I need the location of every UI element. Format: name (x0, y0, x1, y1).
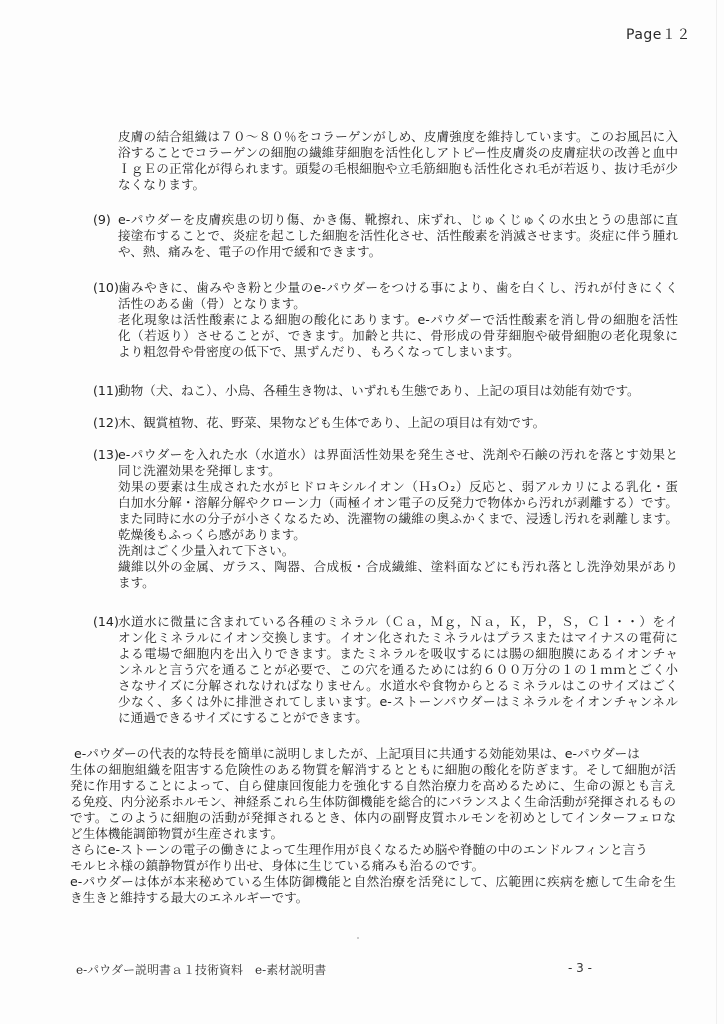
footer-page-number: - 3 - (568, 961, 592, 975)
text-line: 木、観賞植物、花、野菜、果物なども生体であり、上記の項目は有効です。 (118, 415, 678, 431)
intro-paragraph: 皮膚の結合組織は７０～８０％をコラーゲンがしめ、皮膚強度を維持しています。このお… (118, 129, 678, 193)
text-line: き生きと維持する最大のエネルギーです。 (70, 890, 676, 906)
text-line: さらにe-ストーンの電子の働きによって生理作用が良くなるため脳や脊髄の中のエンド… (70, 842, 676, 858)
item-number: (12) (93, 415, 119, 431)
text-line: オン化ミネラルにイオン交換します。イオン化されたミネラルはプラスまたはマイナスの… (118, 630, 678, 646)
text-line: e-パウダーを入れた水（水道水）は界面活性効果を発生させ、洗剤や石鹸の汚れを落と… (118, 447, 678, 463)
text-line: 活性のある歯（骨）となります。 (118, 296, 678, 312)
scan-edge-line (716, 0, 717, 1024)
text-line: モルヒネ様の鎮静物質が作り出せ、身体に生じている痛みも治るのです。 (70, 858, 676, 874)
page-label: Page１２ (626, 24, 691, 44)
text-line: や、熱、痛みを、電子の作用で緩和できます。 (118, 244, 678, 260)
document-page: Page１２ 皮膚の結合組織は７０～８０％をコラーゲンがしめ、皮膚強度を維持して… (0, 0, 724, 1024)
text-line: さなサイズに分解されなければなりません。水道水や食物からとるミネラルはこのサイズ… (118, 678, 678, 694)
item-number: (14) (93, 614, 119, 630)
summary-paragraph: e-パウダーの代表的な特長を簡単に説明しましたが、上記項目に共通する効能効果は、… (70, 746, 676, 906)
item-13-text: e-パウダーを入れた水（水道水）は界面活性効果を発生させ、洗剤や石鹸の汚れを落と… (118, 447, 678, 591)
text-line: ど生体機能調節物質が生産されます。 (70, 826, 676, 842)
text-line: ンネルと言う穴を通ることが必要で、この穴を通るためには約６００万分の１の１ｍｍと… (118, 662, 678, 678)
text-line: 洗剤はごく少量入れて下さい。 (118, 543, 678, 559)
text-line: 水道水に微量に含まれている各種のミネラル（Ｃａ，Ｍｇ，Ｎａ，Ｋ，Ｐ，Ｓ，Ｃｌ・・… (118, 614, 678, 630)
scan-speck (357, 937, 359, 939)
text-line: 白加水分解・溶解分解やクローン力（両極イオン電子の反発力で物体から汚れが剥離する… (118, 495, 678, 511)
item-11-text: 動物（犬、ねこ）、小鳥、各種生き物は、いずれも生態であり、上記の項目は効能有効で… (118, 383, 678, 399)
text-line: 同じ洗濯効果を発揮します。 (118, 463, 678, 479)
text-line: e-パウダーの代表的な特長を簡単に説明しましたが、上記項目に共通する効能効果は、… (70, 746, 676, 762)
text-line: e-パウダーは体が本来秘めている生体防御機能と自然治療を活発にして、広範囲に疾病… (70, 874, 676, 890)
text-line: 皮膚の結合組織は７０～８０％をコラーゲンがしめ、皮膚強度を維持しています。このお… (118, 129, 678, 145)
text-line: 浴することでコラーゲンの細胞の繊維芽細胞を活性化しアトピー性皮膚炎の皮膚症状の改… (118, 145, 678, 161)
text-line: ます。 (118, 575, 678, 591)
text-line: 生体の細胞組織を阻害する危険性のある物質を解消するとともに細胞の酸化を防ぎます。… (70, 762, 676, 778)
item-12-text: 木、観賞植物、花、野菜、果物なども生体であり、上記の項目は有効です。 (118, 415, 678, 431)
footer-document-title: e-パウダー説明書ａ１技術資料 e-素材説明書 (76, 961, 326, 978)
text-line: 少なく、多くは外に排泄されてしまいます。e-ストーンパウダーはミネラルをイオンチ… (118, 694, 678, 710)
text-line: ＩｇＥの正常化が得られます。頭髪の毛根細胞や立毛筋細胞も活性化され毛が若返り、抜… (118, 161, 678, 177)
text-line: より粗忽骨や骨密度の低下で、黒ずんだり、もろくなってしまいます。 (118, 344, 678, 360)
text-line: 乾燥後もふっくら感があります。 (118, 527, 678, 543)
text-line: e-パウダーを皮膚疾患の切り傷、かき傷、靴擦れ、床ずれ、じゅくじゅくの水虫とうの… (118, 212, 678, 228)
item-10-text: 歯みやきに、歯みやき粉と少量のe-パウダーをつける事により、歯を白くし、汚れが付… (118, 280, 678, 360)
text-line: 老化現象は活性酸素による細胞の酸化にあります。e-パウダーで活性酸素を消し骨の細… (118, 312, 678, 328)
item-9-text: e-パウダーを皮膚疾患の切り傷、かき傷、靴擦れ、床ずれ、じゅくじゅくの水虫とうの… (118, 212, 678, 260)
item-number: (11) (93, 383, 119, 399)
text-line: 発に作用することによって、自ら健康回復能力を強化する自然治療力を高めるために、生… (70, 778, 676, 794)
text-line: 繊維以外の金属、ガラス、陶器、合成板・合成繊維、塗料面などにも汚れ落とし洗浄効果… (118, 559, 678, 575)
text-line: 化（若返り）させることが、できます。加齢と共に、骨形成の骨芽細胞や破骨細胞の老化… (118, 328, 678, 344)
item-number: (10) (93, 280, 119, 296)
item-number: (13) (93, 447, 119, 463)
text-line: です。このように細胞の活動が発揮されるとき、体内の副腎皮質ホルモンを初めとしてイ… (70, 810, 676, 826)
text-line: 歯みやきに、歯みやき粉と少量のe-パウダーをつける事により、歯を白くし、汚れが付… (118, 280, 678, 296)
item-14-text: 水道水に微量に含まれている各種のミネラル（Ｃａ，Ｍｇ，Ｎａ，Ｋ，Ｐ，Ｓ，Ｃｌ・・… (118, 614, 678, 726)
text-line: る免疫、内分泌系ホルモン、神経系これら生体防御機能を総合的にバランスよく生命活動… (70, 794, 676, 810)
text-line: また同時に水の分子が小さくなるため、洗濯物の繊維の奥ふかくまで、浸透し汚れを剥離… (118, 511, 678, 527)
text-line: なくなります。 (118, 177, 678, 193)
text-line: 接塗布することで、炎症を起こした細胞を活性化させ、活性酸素を消滅させます。炎症に… (118, 228, 678, 244)
item-number: (9) (93, 212, 111, 228)
text-line: に通過できるサイズにすることができます。 (118, 710, 678, 726)
text-line: よる電場で細胞内を出入りできます。またミネラルを吸収するには腸の細胞膜にあるイオ… (118, 646, 678, 662)
text-line: 効果の要素は生成された水がヒドロキシルイオン（Ｈ₃Ｏ₂）反応と、弱アルカリによる… (118, 479, 678, 495)
text-line: 動物（犬、ねこ）、小鳥、各種生き物は、いずれも生態であり、上記の項目は効能有効で… (118, 383, 678, 399)
